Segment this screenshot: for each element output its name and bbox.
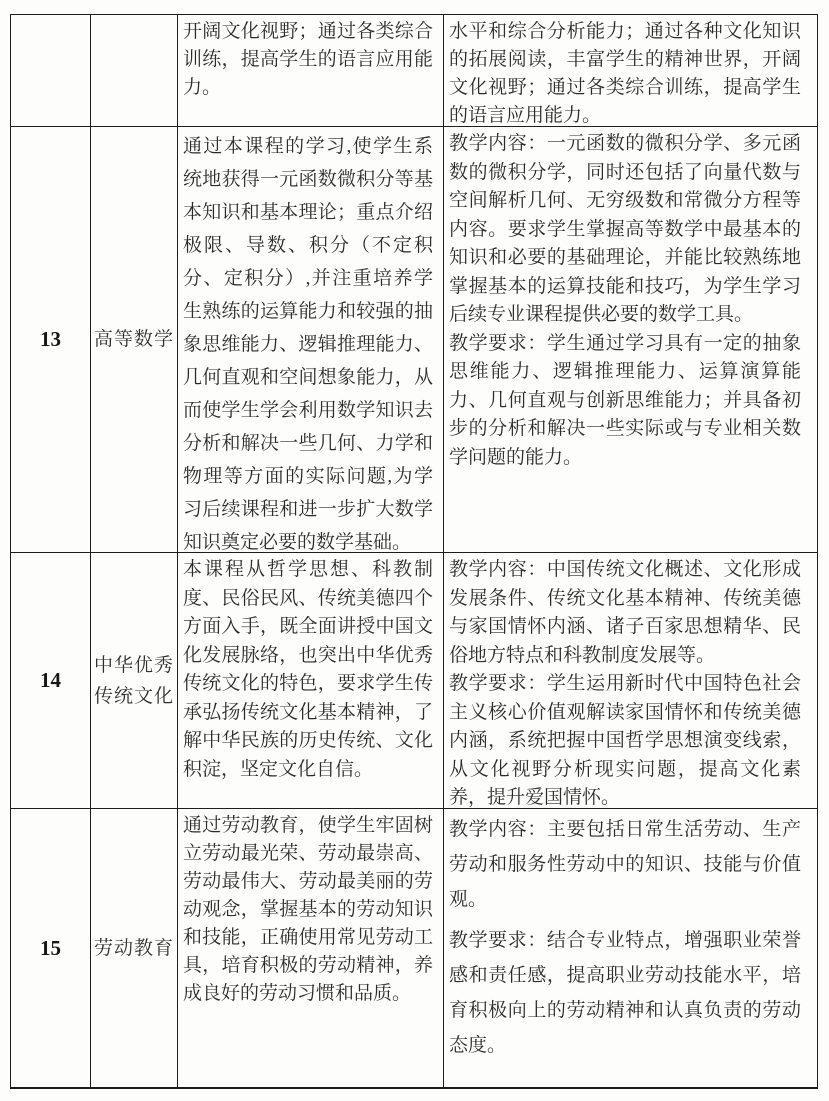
course-objective-cell: 本课程从哲学思想、科教制度、民俗民风、传统美德四个方面入手，既全面讲授中国文化发… — [178, 553, 444, 808]
course-name: 高等数学 — [94, 324, 174, 355]
row-number: 13 — [40, 327, 61, 352]
teaching-requirements-text: 教学要求：学生通过学习具有一定的抽象思维能力、逻辑推理能力、运算演算能力、几何直… — [449, 330, 801, 473]
row-number-cell: 13 — [11, 127, 91, 552]
course-name-cell: 高等数学 — [91, 127, 178, 552]
teaching-cell: 教学内容：主要包括日常生活劳动、生产劳动和服务性劳动中的知识、技能与价值观。 教… — [444, 809, 817, 1087]
teaching-requirements-text: 教学要求：学生运用新时代中国特色社会主义核心价值观解读家国情怀和传统美德内涵，系… — [449, 670, 801, 808]
teaching-cell: 水平和综合分析能力；通过各种文化知识的拓展阅读，丰富学生的精神世界，开阔文化视野… — [444, 15, 817, 126]
teaching-requirements-text: 教学要求：结合专业特点，增强职业荣誉感和责任感，提高职业劳动技能水平，培育积极向… — [449, 923, 801, 1063]
row-number-cell — [11, 15, 91, 126]
teaching-content-text: 教学内容：主要包括日常生活劳动、生产劳动和服务性劳动中的知识、技能与价值观。 — [449, 812, 801, 917]
curriculum-table: 开阔文化视野；通过各类综合训练，提高学生的语言应用能力。 水平和综合分析能力；通… — [10, 14, 818, 1089]
table-row-13: 13 高等数学 通过本课程的学习,使学生系统地获得一元函数微积分等基本知识和基本… — [11, 127, 817, 553]
teaching-cell: 教学内容：一元函数的微积分学、多元函数的微积分学，同时还包括了向量代数与空间解析… — [444, 127, 817, 552]
course-objective-cell: 开阔文化视野；通过各类综合训练，提高学生的语言应用能力。 — [178, 15, 444, 126]
row-number: 14 — [40, 668, 61, 693]
teaching-content-text: 教学内容：一元函数的微积分学、多元函数的微积分学，同时还包括了向量代数与空间解析… — [449, 130, 801, 330]
course-name-cell: 劳动教育 — [91, 809, 178, 1087]
course-objective-text: 开阔文化视野；通过各类综合训练，提高学生的语言应用能力。 — [183, 18, 433, 102]
course-objective-cell: 通过劳动教育，使学生牢固树立劳动最光荣、劳动最崇高、劳动最伟大、劳动最美丽的劳动… — [178, 809, 444, 1087]
course-name: 劳动教育 — [94, 933, 174, 964]
teaching-content-text: 教学内容：中国传统文化概述、文化形成发展条件、传统文化基本精神、传统美德与家国情… — [449, 556, 801, 670]
course-name-cell — [91, 15, 178, 126]
course-objective-text: 本课程从哲学思想、科教制度、民俗民风、传统美德四个方面入手，既全面讲授中国文化发… — [183, 556, 433, 784]
course-objective-text: 通过劳动教育，使学生牢固树立劳动最光荣、劳动最崇高、劳动最伟大、劳动最美丽的劳动… — [183, 812, 433, 1008]
course-name-cell: 中华优秀传统文化 — [91, 553, 178, 808]
table-row-14: 14 中华优秀传统文化 本课程从哲学思想、科教制度、民俗民风、传统美德四个方面入… — [11, 553, 817, 809]
course-objective-cell: 通过本课程的学习,使学生系统地获得一元函数微积分等基本知识和基本理论；重点介绍极… — [178, 127, 444, 552]
row-number-cell: 14 — [11, 553, 91, 808]
row-number-cell: 15 — [11, 809, 91, 1087]
document-page: 开阔文化视野；通过各类综合训练，提高学生的语言应用能力。 水平和综合分析能力；通… — [0, 0, 829, 1101]
table-row-continuation: 开阔文化视野；通过各类综合训练，提高学生的语言应用能力。 水平和综合分析能力；通… — [11, 15, 817, 127]
course-name: 中华优秀传统文化 — [93, 650, 175, 712]
table-row-15: 15 劳动教育 通过劳动教育，使学生牢固树立劳动最光荣、劳动最崇高、劳动最伟大、… — [11, 809, 817, 1087]
teaching-content-text: 水平和综合分析能力；通过各种文化知识的拓展阅读，丰富学生的精神世界，开阔文化视野… — [449, 18, 801, 126]
course-objective-text: 通过本课程的学习,使学生系统地获得一元函数微积分等基本知识和基本理论；重点介绍极… — [183, 130, 433, 552]
teaching-cell: 教学内容：中国传统文化概述、文化形成发展条件、传统文化基本精神、传统美德与家国情… — [444, 553, 817, 808]
row-number: 15 — [40, 936, 61, 961]
